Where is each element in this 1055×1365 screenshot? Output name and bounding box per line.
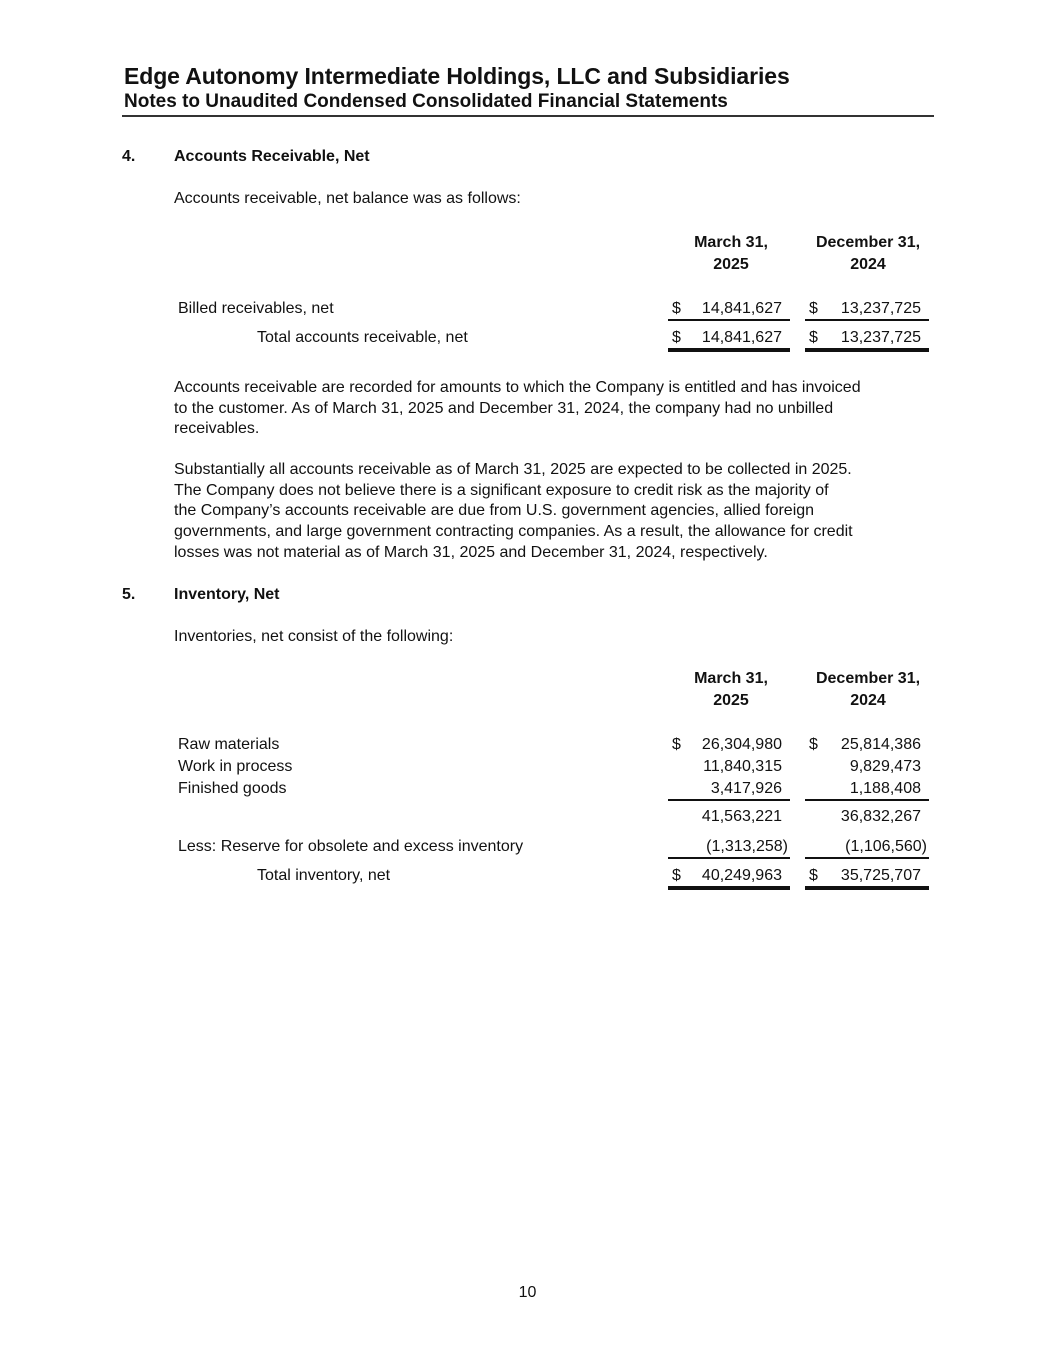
cell-value: 40,249,963 — [702, 867, 782, 885]
row-label-total-inventory: Total inventory, net — [257, 867, 390, 885]
text-line: Substantially all accounts receivable as… — [174, 460, 853, 481]
section-title: Inventory, Net — [174, 586, 280, 604]
header-rule — [122, 115, 934, 117]
cell-value: 3,417,926 — [711, 780, 782, 798]
section-number: 5. — [122, 586, 135, 604]
cell-value: 14,841,627 — [702, 329, 782, 347]
subtotal-underline — [805, 319, 929, 321]
cell-value: 1,188,408 — [850, 780, 921, 798]
row-label-work-in-process: Work in process — [178, 758, 292, 776]
total-double-underline — [668, 348, 790, 352]
cell-total-ar-2024: $ 13,237,725 — [805, 329, 929, 349]
statement-subtitle: Notes to Unaudited Condensed Consolidate… — [124, 91, 728, 113]
subtotal-underline — [805, 857, 929, 859]
text-line: governments, and large government contra… — [174, 522, 853, 543]
cell-billed-2025: $ 14,841,627 — [668, 300, 790, 320]
currency-symbol: $ — [672, 300, 681, 318]
cell-reserve-2025: (1,313,258) — [668, 838, 790, 858]
currency-symbol: $ — [672, 867, 681, 885]
row-label-finished-goods: Finished goods — [178, 780, 287, 798]
cell-finished-2025: 3,417,926 — [668, 780, 790, 800]
column-header-december-2024: December 31, 2024 — [804, 232, 932, 276]
column-header-line: 2025 — [671, 254, 791, 276]
cell-wip-2025: 11,840,315 — [668, 758, 790, 778]
ar-paragraph-1: Accounts receivable are recorded for amo… — [174, 378, 861, 440]
cell-reserve-2024: (1,106,560) — [805, 838, 929, 858]
cell-value: 9,829,473 — [850, 758, 921, 776]
row-label-reserve: Less: Reserve for obsolete and excess in… — [178, 838, 523, 856]
cell-value: (1,106,560) — [845, 838, 927, 856]
cell-value: 35,725,707 — [841, 867, 921, 885]
document-page: Edge Autonomy Intermediate Holdings, LLC… — [0, 0, 1055, 1365]
cell-total-inventory-2024: $ 35,725,707 — [805, 867, 929, 887]
cell-subtotal-2024: 36,832,267 — [805, 808, 929, 828]
cell-value: (1,313,258) — [706, 838, 788, 856]
column-header-march-2025: March 31, 2025 — [671, 232, 791, 276]
page-number: 10 — [0, 1284, 1055, 1302]
text-line: receivables. — [174, 419, 861, 440]
text-line: Accounts receivable are recorded for amo… — [174, 378, 861, 399]
cell-total-inventory-2025: $ 40,249,963 — [668, 867, 790, 887]
cell-value: 11,840,315 — [703, 758, 782, 776]
text-line: losses was not material as of March 31, … — [174, 543, 853, 564]
column-header-line: December 31, — [804, 668, 932, 690]
column-header-line: March 31, — [671, 232, 791, 254]
text-line: the Company’s accounts receivable are du… — [174, 501, 853, 522]
currency-symbol: $ — [809, 867, 818, 885]
total-double-underline — [805, 886, 929, 890]
cell-value: 13,237,725 — [841, 300, 921, 318]
cell-value: 25,814,386 — [841, 736, 921, 754]
cell-raw-2024: $ 25,814,386 — [805, 736, 929, 756]
cell-value: 36,832,267 — [841, 808, 921, 826]
cell-value: 14,841,627 — [702, 300, 782, 318]
column-header-line: March 31, — [671, 668, 791, 690]
column-header-line: 2024 — [804, 690, 932, 712]
text-line: The Company does not believe there is a … — [174, 481, 853, 502]
currency-symbol: $ — [809, 329, 818, 347]
row-label-total-ar: Total accounts receivable, net — [257, 329, 468, 347]
column-header-december-2024: December 31, 2024 — [804, 668, 932, 712]
cell-value: 13,237,725 — [841, 329, 921, 347]
cell-subtotal-2025: 41,563,221 — [668, 808, 790, 828]
subtotal-underline — [668, 857, 790, 859]
column-header-line: December 31, — [804, 232, 932, 254]
section-4-intro: Accounts receivable, net balance was as … — [174, 189, 521, 210]
cell-wip-2024: 9,829,473 — [805, 758, 929, 778]
section-number: 4. — [122, 148, 135, 166]
cell-billed-2024: $ 13,237,725 — [805, 300, 929, 320]
cell-raw-2025: $ 26,304,980 — [668, 736, 790, 756]
cell-value: 41,563,221 — [702, 808, 782, 826]
subtotal-underline — [668, 319, 790, 321]
total-double-underline — [668, 886, 790, 890]
section-title: Accounts Receivable, Net — [174, 148, 370, 166]
section-5-intro: Inventories, net consist of the followin… — [174, 627, 453, 648]
column-header-line: 2024 — [804, 254, 932, 276]
company-title: Edge Autonomy Intermediate Holdings, LLC… — [124, 63, 790, 90]
cell-total-ar-2025: $ 14,841,627 — [668, 329, 790, 349]
row-label-billed-receivables: Billed receivables, net — [178, 300, 334, 318]
currency-symbol: $ — [672, 329, 681, 347]
currency-symbol: $ — [809, 300, 818, 318]
subtotal-underline — [805, 799, 929, 801]
text-line: to the customer. As of March 31, 2025 an… — [174, 399, 861, 420]
column-header-march-2025: March 31, 2025 — [671, 668, 791, 712]
ar-paragraph-2: Substantially all accounts receivable as… — [174, 460, 853, 564]
currency-symbol: $ — [672, 736, 681, 754]
cell-finished-2024: 1,188,408 — [805, 780, 929, 800]
row-label-raw-materials: Raw materials — [178, 736, 279, 754]
currency-symbol: $ — [809, 736, 818, 754]
total-double-underline — [805, 348, 929, 352]
subtotal-underline — [668, 799, 790, 801]
cell-value: 26,304,980 — [702, 736, 782, 754]
column-header-line: 2025 — [671, 690, 791, 712]
